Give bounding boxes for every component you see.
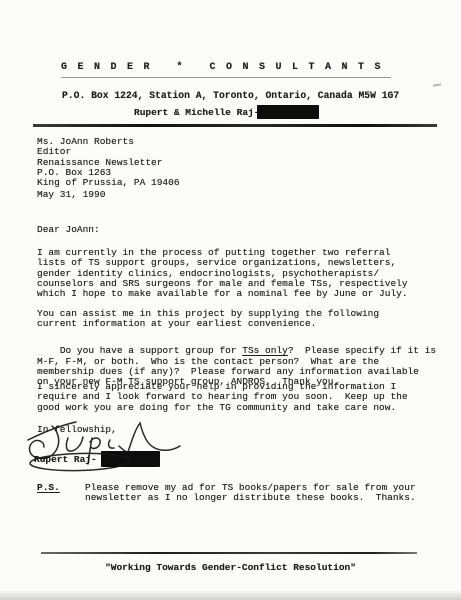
letterhead-divider: [33, 124, 437, 127]
footer-divider: [41, 552, 417, 554]
contacts-line: Rupert & Michelle Raj-: [134, 107, 259, 118]
date-line: May 31, 1990: [37, 190, 105, 200]
underlined-phrase: TSs only: [242, 345, 288, 356]
recipient-address: Ms. JoAnn Roberts Editor Renaissance New…: [37, 137, 180, 189]
redaction-box-header: [257, 105, 319, 119]
org-name: GENDER * CONSULTANTS: [61, 62, 391, 78]
postscript-text: Please remove my ad for TS books/papers …: [85, 483, 416, 504]
paragraph-3-prefix: Do you have a support group for: [60, 345, 242, 356]
signature-scrawl: [22, 414, 187, 476]
po-box-line: P.O. Box 1224, Station A, Toronto, Ontar…: [62, 90, 399, 101]
body-paragraph-4: I sincerely appreciate your help in prov…: [37, 382, 408, 413]
scan-artifact-dash: [433, 83, 441, 86]
recipient-line: King of Prussia, PA 19406: [37, 178, 180, 188]
body-paragraph-1: I am currently in the process of putting…: [37, 248, 408, 300]
scan-edge-shadow: [0, 590, 461, 600]
footer-motto: "Working Towards Gender-Conflict Resolut…: [0, 563, 461, 573]
body-paragraph-2: You can assist me in this project by sup…: [37, 309, 379, 330]
salutation: Dear JoAnn:: [37, 225, 100, 235]
scanned-letter-page: GENDER * CONSULTANTS P.O. Box 1224, Stat…: [0, 0, 461, 600]
postscript-label: P.S.: [37, 483, 60, 493]
